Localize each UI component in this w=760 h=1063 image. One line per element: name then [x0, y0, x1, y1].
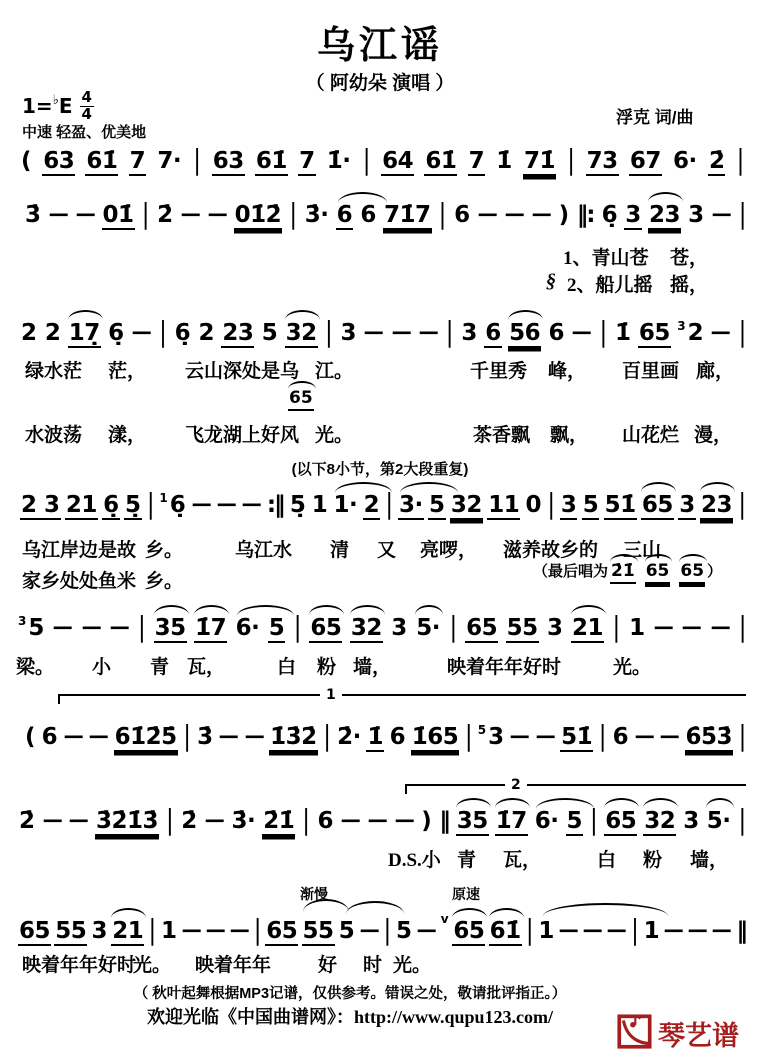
- note-text: −: [39, 808, 65, 834]
- note-text: −: [361, 320, 387, 346]
- note-text: |: [165, 806, 174, 837]
- barline: |: [737, 808, 746, 834]
- note-token: 67: [629, 148, 662, 176]
- note-text: −: [86, 724, 112, 750]
- note-text: 1̇7: [495, 808, 528, 836]
- note-token: 3: [340, 320, 358, 346]
- note-token: 51̇: [604, 492, 637, 520]
- note-text: v: [440, 913, 449, 927]
- lyric-item: 江。: [315, 356, 353, 383]
- note-token: 1̇·: [326, 148, 352, 174]
- note-text: −: [391, 808, 417, 834]
- note-token: 1: [628, 615, 646, 641]
- duration-dash: −: [711, 918, 732, 944]
- duration-dash: −: [634, 724, 655, 750]
- music-line-5: 35−−−|351̇76·5|653235·|6555321|1−−−|: [18, 615, 747, 643]
- note-text: −: [106, 615, 132, 641]
- note-text: −: [204, 202, 230, 228]
- note-token: 65: [465, 615, 498, 643]
- barline: |: [141, 202, 150, 228]
- note-token: 1̇7: [194, 615, 227, 643]
- note-token: 64: [381, 148, 414, 176]
- note-text: −: [569, 320, 595, 346]
- duration-dash: −: [558, 918, 579, 944]
- note-text: 65: [465, 615, 498, 643]
- note-text: 6̣: [102, 492, 120, 520]
- note-token: 6̣: [102, 492, 120, 520]
- note-text: −: [226, 918, 252, 944]
- note-text: 2̇: [180, 808, 198, 834]
- note-token: 3: [624, 202, 642, 230]
- note-text: −: [657, 724, 683, 750]
- note-token: 5: [428, 492, 446, 520]
- logo-text: 琴艺谱: [658, 1014, 739, 1053]
- note-text: −: [528, 202, 554, 228]
- duration-dash: −: [207, 202, 228, 228]
- duration-dash: −: [571, 320, 592, 346]
- barline: |: [566, 148, 575, 174]
- note-text: 01̇2̇: [234, 202, 283, 230]
- duration-dash: −: [229, 918, 250, 944]
- note-text: |: [738, 722, 747, 753]
- note-text: 35: [154, 615, 187, 643]
- note-text: |: [448, 613, 457, 644]
- barline: |: [293, 615, 302, 641]
- note-token: 65: [288, 389, 314, 411]
- note-text: −: [178, 918, 204, 944]
- lyric-item: 乡。: [145, 566, 183, 593]
- note-text: |: [738, 318, 747, 349]
- lyric-item: 映着年年好时: [22, 950, 136, 977]
- note-text: 51̇: [604, 492, 637, 520]
- note-text: |: [288, 200, 297, 231]
- note-token: 5: [566, 808, 584, 836]
- duration-dash: −: [68, 808, 89, 834]
- grace-note: 5: [478, 723, 486, 737]
- note-text: |: [148, 916, 157, 947]
- note-text: |: [301, 806, 310, 837]
- lyric-row-8: D.S.小青瓦，白粉墙，: [0, 845, 760, 871]
- note-text: −: [661, 918, 687, 944]
- lyric-row-4: 水波荡漾，飞龙湖上好风光。茶香飘飘，山花烂漫，: [0, 420, 760, 446]
- note-token: 63: [212, 148, 245, 176]
- note-text: 2̇·: [336, 724, 362, 750]
- note-text: −: [708, 320, 734, 346]
- note-token: 6: [336, 202, 354, 230]
- duration-dash: −: [363, 320, 384, 346]
- lyric-item: 茶香飘: [473, 420, 530, 447]
- note-text: 2: [687, 320, 705, 346]
- note-text: −: [604, 918, 630, 944]
- note-token: 65: [638, 320, 671, 348]
- lyric-row-3: 绿水茫茫，云山深处是乌江。千里秀峰，百里画廊，: [0, 356, 760, 382]
- song-title: 乌江谣: [0, 14, 760, 69]
- note-token: 2̇: [18, 808, 36, 834]
- note-text: 55: [506, 615, 539, 643]
- note-text: 3: [560, 492, 578, 520]
- lyric-item: 摇，: [670, 270, 708, 297]
- note-token: 23: [648, 202, 681, 230]
- note-token: 5: [338, 918, 356, 944]
- music-line-7: 2̇−−3̇2̇1̇3̇|2̇−3̇·2̇1̇|6−−−)‖351̇76·5|6…: [18, 808, 747, 836]
- grace-note: 1: [159, 491, 167, 505]
- note-text: −: [555, 918, 581, 944]
- barline: |: [546, 492, 555, 518]
- duration-dash: −: [367, 808, 388, 834]
- note-token: 23: [221, 320, 254, 348]
- note-text: −: [685, 918, 711, 944]
- note-token: 65: [265, 918, 298, 946]
- lyric-row-7: 梁。小青瓦，白粉墙，映着年年好时光。: [0, 652, 760, 678]
- note-text: 3: [340, 320, 358, 346]
- note-token: 2: [20, 320, 38, 346]
- note-text: −: [631, 724, 657, 750]
- note-token: 6̣: [174, 320, 192, 346]
- note-text: |: [324, 318, 333, 349]
- note-text: 1̇: [614, 320, 632, 346]
- note-text: 7: [468, 148, 486, 176]
- note-token: 3̇: [24, 202, 42, 228]
- barline: |: [362, 148, 371, 174]
- music-line-8: 6555321|1−−−|65555−|5−v6561̇|1−−−|1−−−‖: [18, 918, 747, 946]
- note-text: 5: [268, 615, 286, 643]
- note-text: −: [241, 724, 267, 750]
- note-text: 73: [586, 148, 619, 176]
- note-token: 2̇: [708, 148, 726, 176]
- note-token: 0: [525, 492, 543, 518]
- note-text: 65: [452, 918, 485, 946]
- note-text: 7·: [156, 148, 182, 174]
- note-token: 61̇2̇5̇: [114, 724, 178, 752]
- note-text: 1̇·: [326, 148, 352, 174]
- note-text: 3̇·: [231, 808, 257, 834]
- note-token: 7·: [156, 148, 182, 174]
- note-token: 7: [298, 148, 316, 176]
- note-text: 71̇7: [383, 202, 432, 230]
- duration-dash: −: [531, 202, 552, 228]
- tempo-marking: 中速 轻盈、优美地: [22, 121, 146, 142]
- note-token: 01̇2̇: [234, 202, 283, 230]
- note-text: 6: [547, 320, 565, 346]
- note-token: 2 3: [20, 492, 61, 520]
- note-text: 2: [363, 492, 381, 520]
- note-text: −: [337, 808, 363, 834]
- repeat-sign: ‖:: [576, 202, 595, 228]
- note-token: 5: [268, 615, 286, 643]
- barline: |: [445, 320, 454, 346]
- lyric-row-1: 1、青山苍苍，: [0, 243, 760, 269]
- note-text: |: [546, 490, 555, 521]
- note-text: ‖:: [576, 202, 595, 228]
- music-line-1: (6361̇77·|6361̇71̇·|6461̇71̇71̇|73676·2̇…: [20, 148, 745, 176]
- parenthesis: ): [558, 202, 570, 228]
- note-token: 65: [452, 918, 485, 946]
- note-token: 5̣: [289, 492, 307, 518]
- lyric-item: 映着年年好时: [447, 652, 561, 679]
- note-text: 3: [624, 202, 642, 230]
- note-token: 2̇: [156, 202, 174, 228]
- note-token: 71̇7: [383, 202, 432, 230]
- note-token: 73: [586, 148, 619, 176]
- note-token: 56: [508, 320, 541, 348]
- note-text: 5: [566, 808, 584, 836]
- lyric-item: 青: [457, 845, 476, 872]
- note-text: 6·: [672, 148, 698, 174]
- note-token: 3·: [398, 492, 424, 520]
- note-text: |: [192, 146, 201, 177]
- note-text: 6: [389, 724, 407, 750]
- note-text: 6·: [534, 808, 560, 834]
- note-text: 5·: [415, 615, 441, 641]
- duration-dash: −: [606, 918, 627, 944]
- segno-sign: §: [546, 270, 556, 293]
- lyric-item: 廊，: [696, 356, 734, 383]
- lyric-item: 漾，: [108, 420, 146, 447]
- note-token: 61̇: [85, 148, 118, 176]
- note-text: 61̇: [85, 148, 118, 176]
- lyric-item: 家乡处处鱼米: [22, 566, 136, 593]
- note-token: 6·: [534, 808, 560, 834]
- lyric-item: 光。: [315, 420, 353, 447]
- note-text: 5: [338, 918, 356, 944]
- lyric-item: 千里秀: [470, 356, 527, 383]
- duration-dash: −: [180, 202, 201, 228]
- note-text: 61̇2̇5̇: [114, 724, 178, 752]
- note-text: 5̣: [124, 492, 142, 520]
- lyric-item: 茫，: [108, 356, 146, 383]
- note-token: 21: [571, 615, 604, 643]
- duration-dash: −: [681, 615, 702, 641]
- volta-bracket-2: 2: [405, 784, 746, 786]
- lyric-item: 山花烂: [622, 420, 679, 447]
- note-text: −: [238, 492, 264, 518]
- note-text: 21: [65, 492, 98, 520]
- note-token: 5: [261, 320, 279, 346]
- note-text: −: [413, 918, 439, 944]
- duration-dash: −: [244, 724, 265, 750]
- note-text: 65: [679, 562, 705, 584]
- slur-arc: [346, 901, 404, 914]
- note-text: 1: [643, 918, 661, 944]
- duration-dash: −: [391, 320, 412, 346]
- note-text: −: [532, 724, 558, 750]
- lyric-item: 墙，: [353, 652, 391, 679]
- lyric-item: 苍，: [670, 243, 708, 270]
- site-url-line[interactable]: 欢迎光临《中国曲谱网》：http://www.qupu123.com/: [0, 1003, 700, 1029]
- note-token: 1̇: [614, 320, 632, 346]
- note-text: |: [589, 806, 598, 837]
- barline: |: [253, 918, 262, 944]
- note-text: 5: [582, 492, 600, 520]
- sheet-music-page: 乌江谣 （ 阿幼朵 演唱 ） 1=♭E 4 4 中速 轻盈、优美地 浮克 词/曲…: [0, 0, 760, 1063]
- note-token: 71̇: [523, 148, 556, 176]
- note-token: 5: [582, 492, 600, 520]
- note-token: 35: [456, 808, 489, 836]
- note-token: 1·: [333, 492, 359, 518]
- time-signature: 4 4: [80, 90, 94, 123]
- note-text: 61̇: [424, 148, 457, 176]
- barline: |: [448, 615, 457, 641]
- lyric-item: 粉: [643, 845, 662, 872]
- music-line-6: (6−−61̇2̇5̇|3̇−−1̇3̇2̇|2̇·1̇61̇65|53−−51…: [24, 724, 747, 752]
- note-token: 3̇·: [304, 202, 330, 228]
- barline: |: [738, 202, 747, 228]
- lyric-item: 亮啰，: [420, 535, 477, 562]
- music-line-2: 3̇−−01̇|2̇−−01̇2̇|3̇·6671̇7|6−−−)‖:6̣323…: [24, 202, 747, 230]
- grace-note: 3: [18, 614, 26, 628]
- note-text: 6̣: [169, 492, 187, 518]
- barline: |: [158, 320, 167, 346]
- duration-dash: −: [42, 808, 63, 834]
- note-text: 23: [221, 320, 254, 348]
- qinyipu-logo[interactable]: 琴艺谱: [614, 1010, 739, 1057]
- note-token: 1: [160, 918, 178, 944]
- note-text: 3: [390, 615, 408, 641]
- note-text: 61̇: [255, 148, 288, 176]
- note-token: 3: [390, 615, 408, 641]
- note-text: 6: [612, 724, 630, 750]
- note-token: 55: [54, 918, 87, 946]
- lyric-item: 乌江岸边是故: [22, 535, 136, 562]
- duration-dash: −: [241, 492, 262, 518]
- note-text: |: [598, 318, 607, 349]
- note-text: 3·: [398, 492, 424, 520]
- lyric-item: 瓦，: [503, 845, 541, 872]
- note-text: 3̇: [196, 724, 214, 750]
- parenthesis: (: [24, 724, 36, 750]
- lyric-row-2: §2、船儿摇摇，: [0, 270, 760, 296]
- lyric-item: 1、青山苍: [563, 243, 649, 270]
- lyric-item: 乌江水: [235, 535, 292, 562]
- note-token: 21: [111, 918, 144, 946]
- duration-dash: −: [109, 615, 130, 641]
- note-token: 6: [612, 724, 630, 750]
- note-text: −: [216, 724, 242, 750]
- barline: |: [525, 918, 534, 944]
- note-text: 6̣: [601, 202, 619, 228]
- note-text: 65: [641, 492, 674, 520]
- note-token: 55: [506, 615, 539, 643]
- note-text: −: [177, 202, 203, 228]
- note-token: 2: [363, 492, 381, 520]
- barline: |: [165, 808, 174, 834]
- note-text: 2: [20, 320, 38, 346]
- lyric-item: 光。: [613, 652, 651, 679]
- note-text: ‖: [438, 808, 450, 834]
- note-token: 61̇: [255, 148, 288, 176]
- note-text: |: [141, 200, 150, 231]
- alt-note-group: 65: [288, 389, 314, 411]
- lyric-item: 粉: [317, 652, 336, 679]
- note-text: 17̣: [68, 320, 101, 348]
- note-text: 56: [508, 320, 541, 348]
- note-token: 1̇: [366, 724, 384, 752]
- note-text: 2: [44, 320, 62, 346]
- barline: |: [598, 724, 607, 750]
- flat-sign: ♭: [53, 93, 59, 108]
- note-text: (: [24, 724, 36, 750]
- lyric-item: 飞龙湖上好风: [185, 420, 299, 447]
- barline: |: [598, 320, 607, 346]
- lyric-item: 漫，: [694, 420, 732, 447]
- duration-dash: −: [359, 918, 380, 944]
- duration-dash: −: [218, 724, 239, 750]
- lyric-item: 飘，: [550, 420, 588, 447]
- lyric-item: 时: [363, 950, 382, 977]
- volta-label: 1: [320, 687, 342, 703]
- note-text: 5: [428, 492, 446, 520]
- note-text: 3: [91, 918, 109, 944]
- lyric-item: 百里画: [622, 356, 679, 383]
- note-text: |: [253, 916, 262, 947]
- lyric-item: 光。: [393, 950, 431, 977]
- note-text: |: [146, 490, 155, 521]
- note-text: 1̇7: [194, 615, 227, 643]
- note-token: 3̇: [196, 724, 214, 750]
- lyric-item: 绿水茫: [25, 356, 82, 383]
- duration-dash: −: [509, 724, 530, 750]
- note-text: 51̇: [560, 724, 593, 752]
- note-text: 7: [298, 148, 316, 176]
- note-token: 17̣: [68, 320, 101, 348]
- note-token: 32: [643, 808, 676, 836]
- note-text: 5·: [706, 808, 732, 834]
- duration-dash: −: [653, 615, 674, 641]
- barline: |: [736, 148, 745, 174]
- note-text: 2̇1̇: [610, 562, 636, 584]
- note-text: −: [45, 202, 71, 228]
- note-text: 23: [648, 202, 681, 230]
- duration-dash: −: [191, 492, 212, 518]
- note-text: 1·: [333, 492, 359, 518]
- final-sing-note: （最后唱为2̇1̇6565）: [533, 560, 722, 584]
- note-text: ): [558, 202, 570, 228]
- duration-dash: −: [205, 918, 226, 944]
- note-token: 3̇·: [231, 808, 257, 834]
- note-token: 5: [395, 918, 413, 944]
- note-text: −: [679, 615, 705, 641]
- duration-dash: −: [204, 808, 225, 834]
- lyric-item: 光。: [133, 950, 171, 977]
- note-token: 2̇1̇: [262, 808, 295, 836]
- note-token: 65: [18, 918, 51, 946]
- note-token: 6·: [672, 148, 698, 174]
- note-text: −: [709, 918, 735, 944]
- barline: |: [146, 492, 155, 518]
- note-token: 1̇: [495, 148, 513, 174]
- note-token: 21: [65, 492, 98, 520]
- note-text: −: [507, 724, 533, 750]
- lyric-item: 青: [150, 652, 169, 679]
- note-text: 2̇: [156, 202, 174, 228]
- duration-dash: −: [340, 808, 361, 834]
- note-token: 65: [604, 808, 637, 836]
- final-note-tokens: 2̇1̇6565: [610, 562, 705, 584]
- note-text: −: [202, 918, 228, 944]
- note-text: −: [650, 615, 676, 641]
- note-text: −: [708, 202, 734, 228]
- duration-dash: −: [216, 492, 237, 518]
- note-text: −: [128, 320, 154, 346]
- note-text: 6: [317, 808, 335, 834]
- note-text: 63: [42, 148, 75, 176]
- note-token: 32: [677, 320, 704, 346]
- note-text: 6̇5̇3̇: [685, 724, 734, 752]
- note-text: 65: [604, 808, 637, 836]
- lyric-item: 云山深处是乌: [185, 356, 299, 383]
- note-text: 2̇1̇: [262, 808, 295, 836]
- note-text: 65: [18, 918, 51, 946]
